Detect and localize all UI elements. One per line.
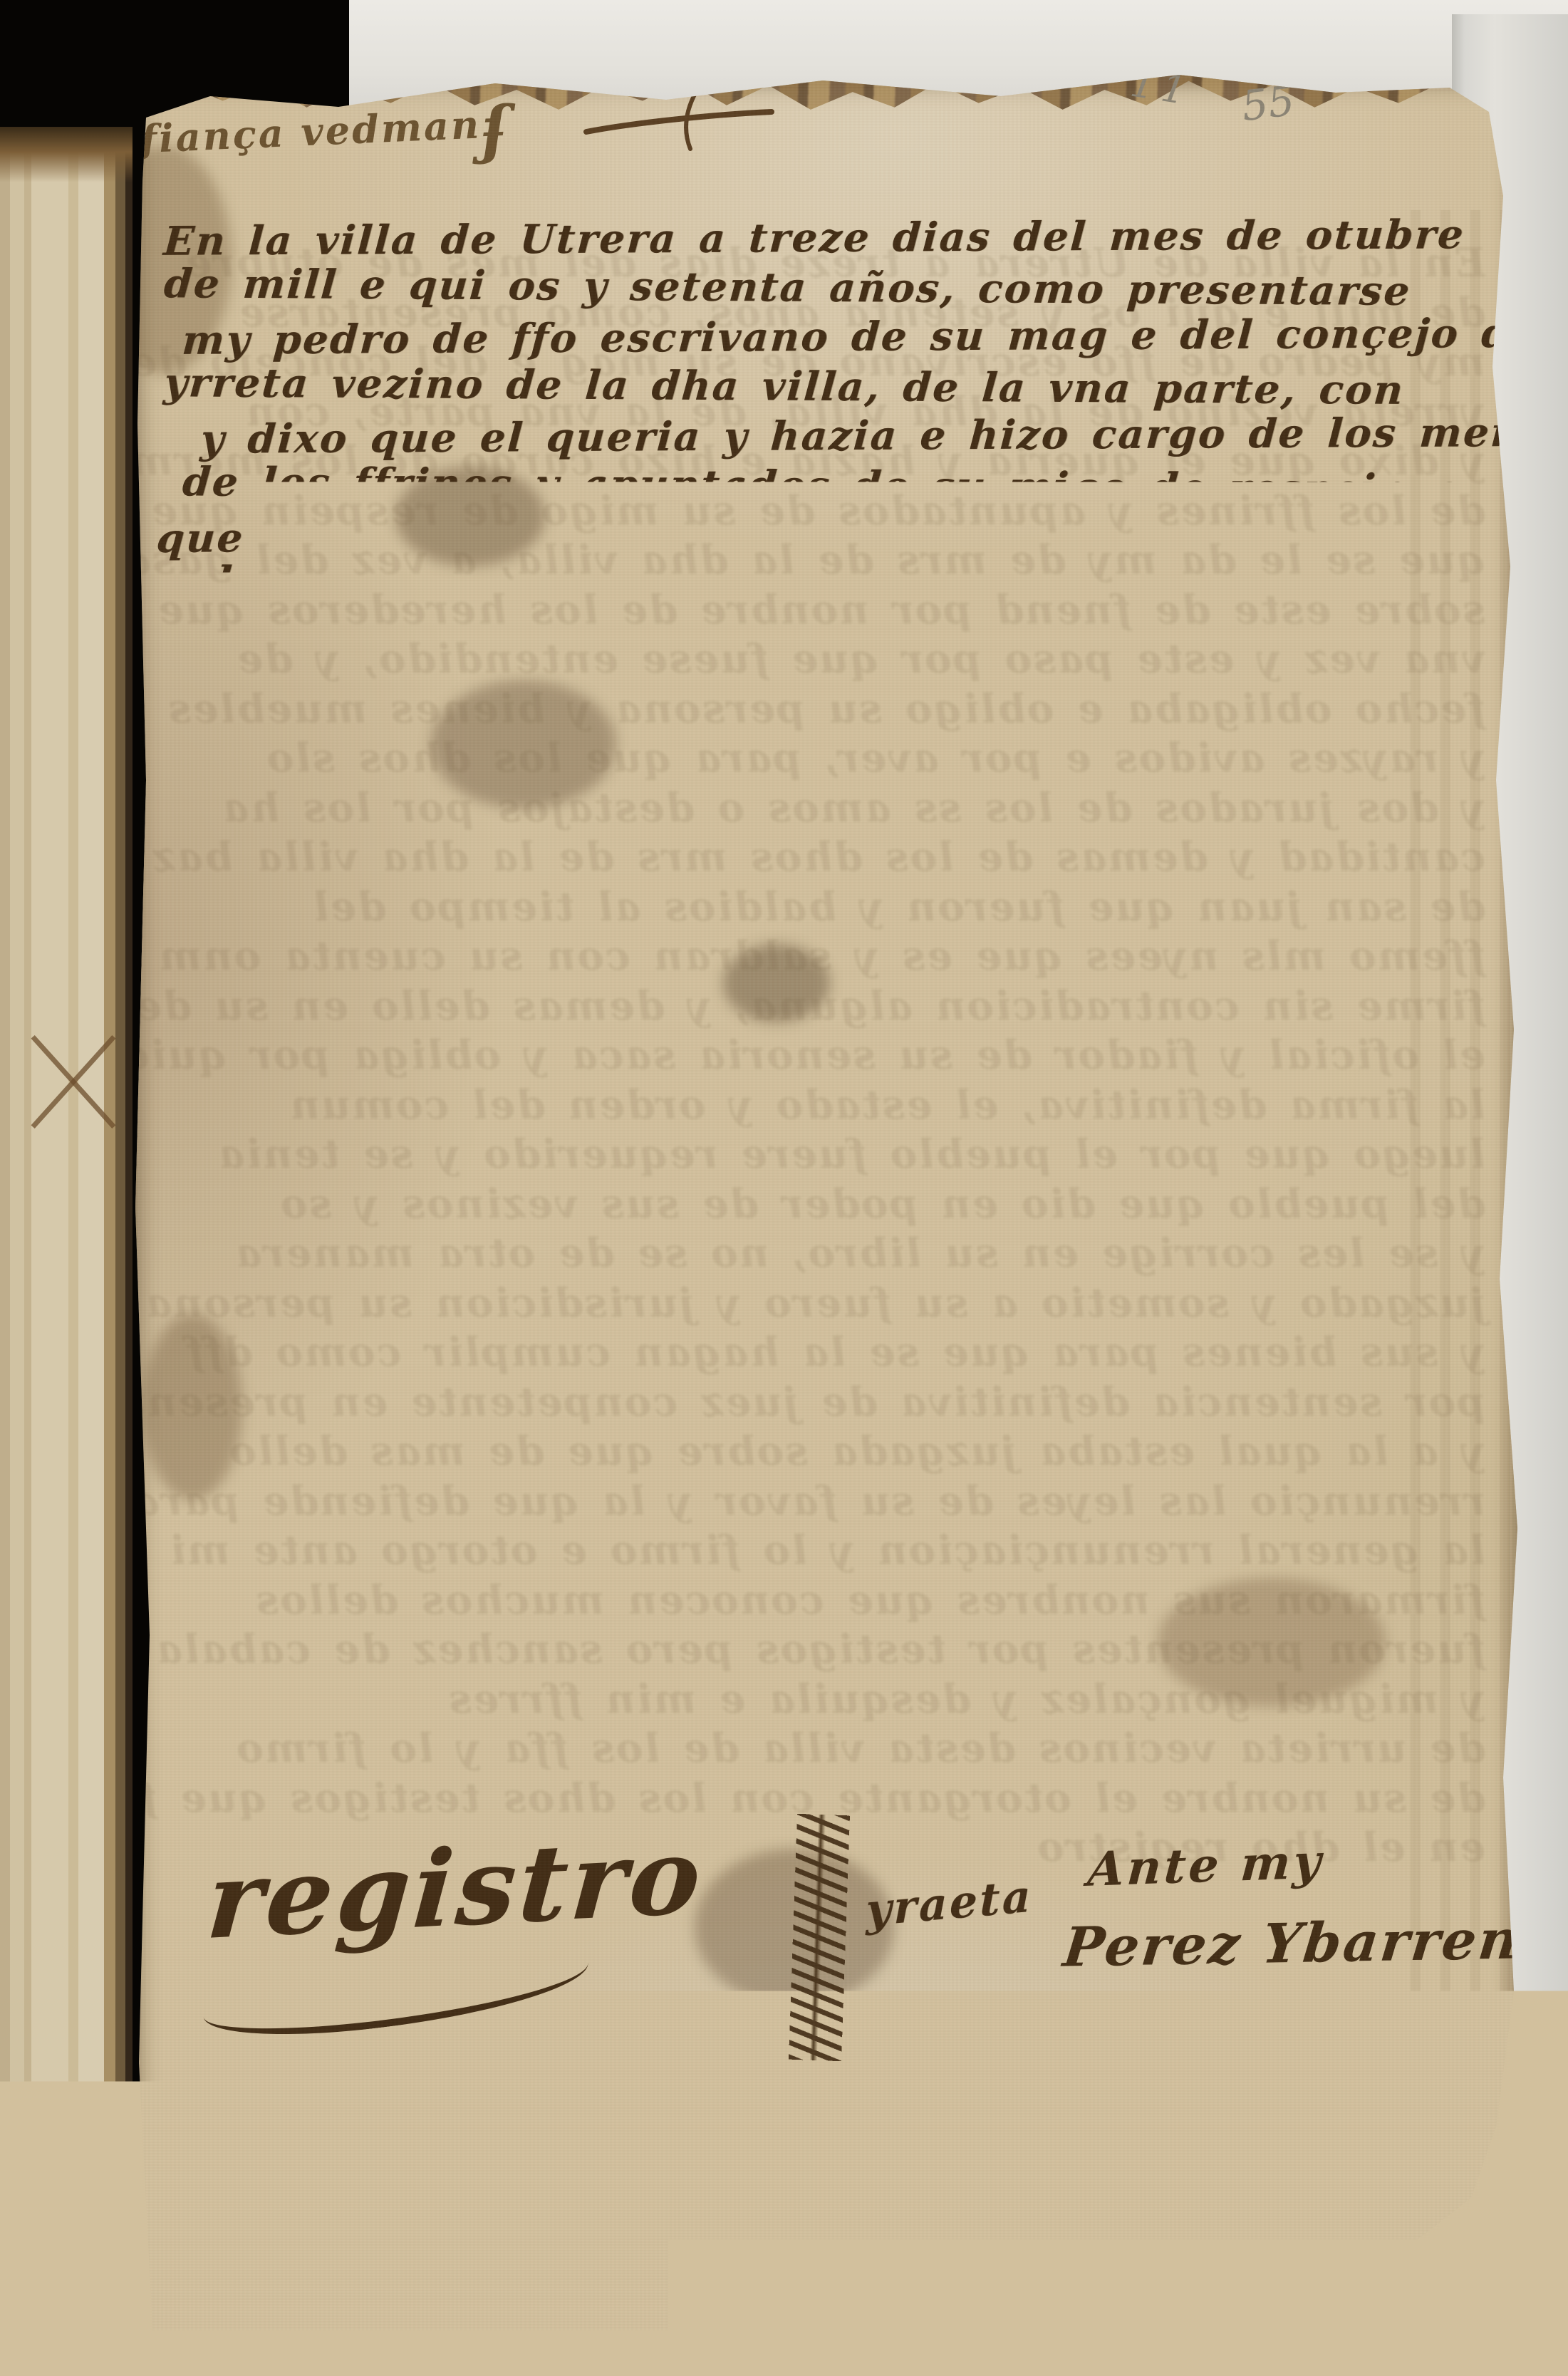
- manuscript-text-block: En la villa de Utrera a treze dias del m…: [164, 214, 1503, 1848]
- manuscript-line: de mill e qui os y setenta años, como pr…: [162, 259, 1505, 317]
- manuscript-line: de san juan que fueron y baldios al tiem…: [155, 854, 1505, 911]
- rubric-descender: [898, 2054, 907, 2246]
- manuscript-line: y se les corrige en su libro, no se de o…: [155, 1200, 1505, 1257]
- manuscript-line: rrenunçio las leyes de su favor y la que…: [162, 1448, 1505, 1505]
- signature-center-name: yraeta: [866, 1870, 1032, 1937]
- heading-docket: fiança vedmanʄ: [139, 93, 509, 180]
- manuscript-line: yrreta vezino de la dha villa, de la vna…: [162, 358, 1505, 416]
- heading-rubric: ʄ: [479, 93, 509, 166]
- manuscript-line: luego que por el pueblo fuere requerido …: [162, 1101, 1505, 1158]
- manuscript-line: En la villa de Utrera a treze dias del m…: [162, 210, 1505, 266]
- book-gutter-page-edges: [0, 135, 133, 2376]
- manuscript-line: la firma definitiva, el estado y orden d…: [181, 1052, 1505, 1109]
- manuscript-line: fueron presentes por testigos pero sanch…: [162, 1597, 1505, 1653]
- manuscript-line: fecho obligaba e obligo su persona y bie…: [199, 655, 1505, 713]
- registro-flourish: registro: [203, 1813, 707, 1963]
- manuscript-line: y dos jurados de los ss amos o destajos …: [181, 754, 1505, 812]
- manuscript-line: de urrieta vecinos desta villa de los ff…: [162, 1696, 1505, 1752]
- notary-signature: Perez Ybarren: [1060, 1907, 1523, 1978]
- manuscript-line: la general rrenunçiaçion y lo firmo e ot…: [180, 1498, 1505, 1554]
- manuscript-line: firmaron sus nonbres que conocen muchos …: [155, 1547, 1505, 1604]
- signature-descender: [1263, 1992, 1317, 2201]
- manuscript-line: del pueblo que dio en poder de sus vezin…: [199, 1151, 1505, 1208]
- manuscript-photo-scene: fiança vedmanʄ 11 55 En la villa de Utre…: [0, 0, 1568, 2376]
- manuscript-line: sobre este de fnend por nonbre de los he…: [162, 556, 1505, 614]
- manuscript-line: por sentencia definitiva de juez conpete…: [181, 1349, 1505, 1406]
- rubric-descender: [863, 2054, 884, 2278]
- manuscript-line: juzgado y sometio a su fuero y jurisdici…: [162, 1250, 1505, 1307]
- attestation-text: Ante my: [1086, 1833, 1325, 1897]
- manuscript-line: cantidad y demas de los dhos mrs de la d…: [162, 804, 1505, 861]
- manuscript-line: y rayzes avidos e por aver, para que los…: [162, 705, 1505, 762]
- manuscript-line: y miguel gonçalez y desquila e min ffrre…: [199, 1646, 1505, 1703]
- margin-x-mark: [13, 1015, 105, 1151]
- signature-center-top: p mingo de: [852, 1822, 1064, 1866]
- manuscript-line: my pedro de ffo escrivano de su mag e de…: [180, 309, 1505, 365]
- manuscript-line: vna vez y este paso por que fuese entend…: [180, 606, 1505, 663]
- heading-text: fiança vedman: [140, 101, 482, 162]
- paper-stain: [616, 2169, 844, 2283]
- heavy-ink-stroke: [1331, 1651, 1398, 1726]
- manuscript-line: y sus bienes para que se la hagan cumpli…: [162, 1299, 1505, 1356]
- manuscript-line: firme sin contradicion alguna, y demas d…: [162, 953, 1505, 1010]
- manuscript-line: y a la qual estaba juzgada sobre que de …: [199, 1399, 1505, 1455]
- manuscript-line: y dixo que el queria y hazia e hizo carg…: [199, 408, 1505, 465]
- manuscript-line: el oficial y fiador de su senoria saca y…: [162, 1002, 1505, 1059]
- manuscript-line: que se le da my de mrs de la dha villa, …: [155, 507, 1505, 564]
- notarial-rubric-braid: [789, 1814, 850, 2061]
- manuscript-page: fiança vedmanʄ 11 55 En la villa de Utre…: [125, 68, 1525, 2372]
- manuscript-line: de su nonbre el otorgante con los dhos t…: [162, 1745, 1505, 1802]
- manuscript-line: de los ffrines y apuntados de su migo de…: [181, 457, 1505, 515]
- manuscript-line: ffemo mls nyees que es y saldran con su …: [199, 903, 1505, 960]
